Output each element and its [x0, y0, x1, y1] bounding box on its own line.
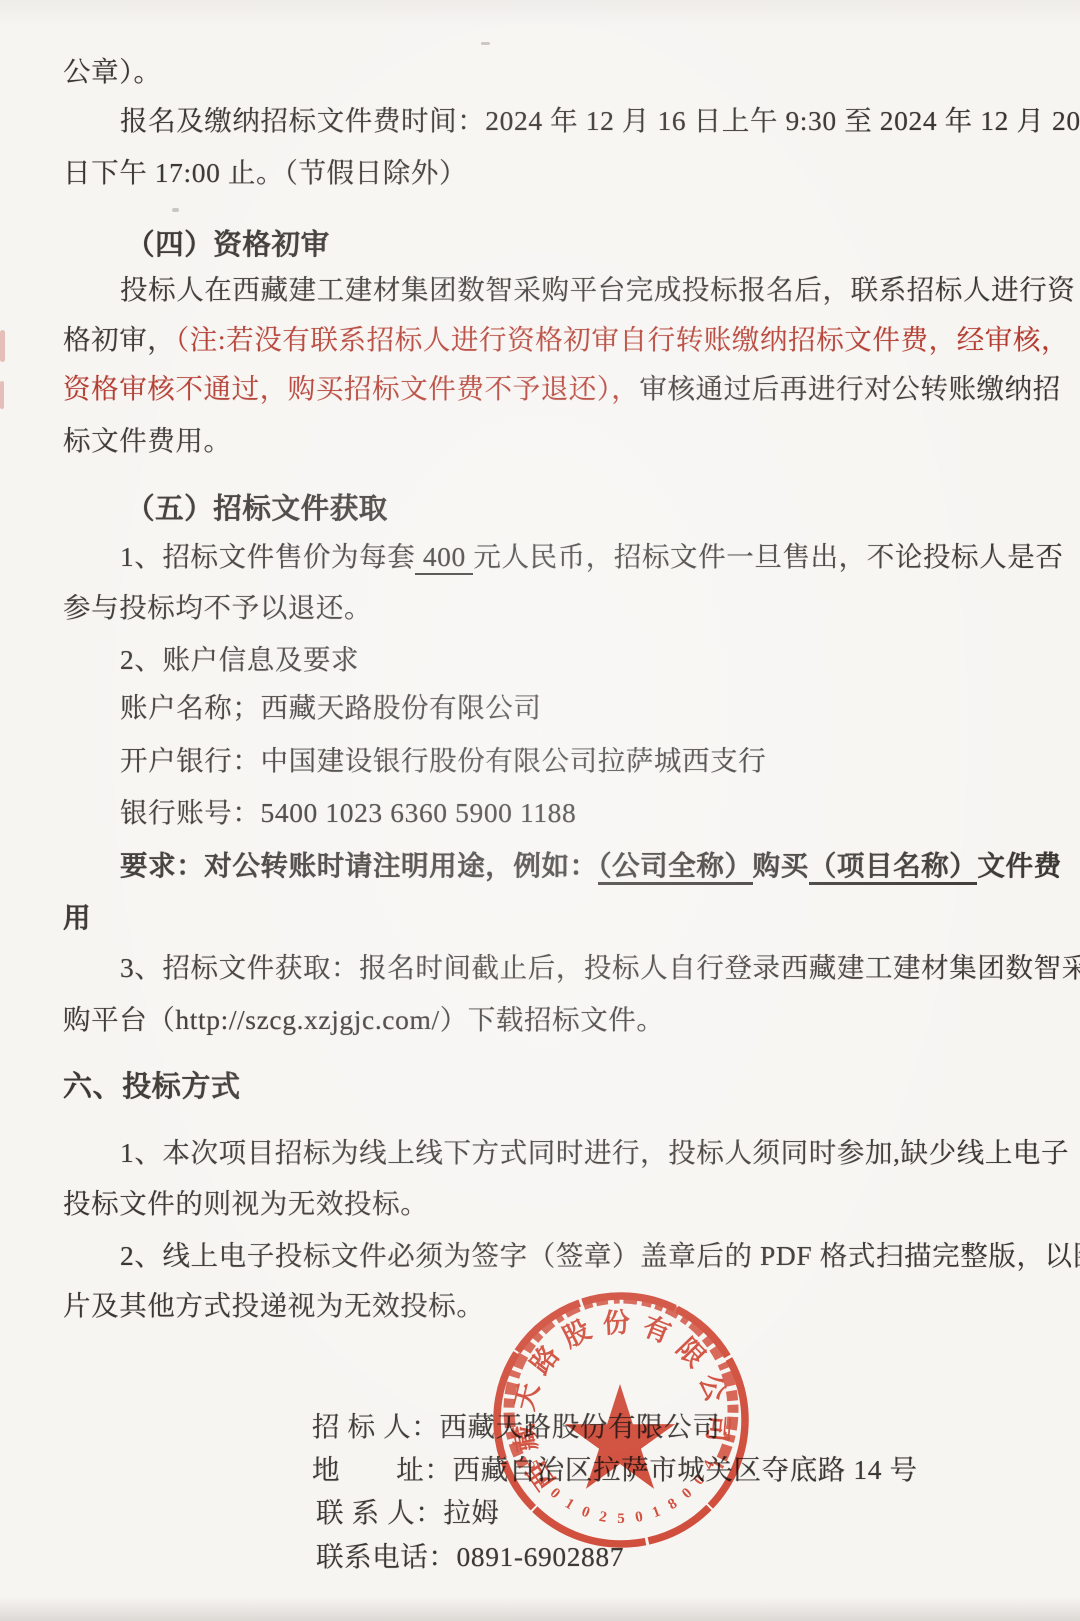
text-segment: 账户名称；西藏天路股份有限公司 [120, 692, 542, 723]
scan-artifact [481, 42, 490, 45]
star-icon [565, 1384, 675, 1489]
text-segment: 日下午 17:00 止。（节假日除外） [63, 157, 467, 188]
text-segment: 片及其他方式投递视为无效投标。 [63, 1290, 485, 1321]
text-segment: 投标文件的则视为无效投标。 [63, 1188, 428, 1219]
seal-character: 2 [598, 1509, 608, 1526]
text-segment: 资格审核不通过，购买招标文件费不予退还）， [63, 373, 639, 404]
seal-character: 司 [702, 1414, 734, 1444]
seal-character: 5 [617, 1511, 625, 1527]
text-line: 2、线上电子投标文件必须为签字（签章）盖章后的 PDF 格式扫描完整版，以图 [120, 1239, 1080, 1272]
text-segment: 报名及缴纳招标文件费时间：2024 年 12 月 16 日上午 9:30 至 2… [120, 105, 1080, 136]
text-segment: 开户银行：中国建设银行股份有限公司拉萨城西支行 [120, 745, 766, 776]
text-line: 日下午 17:00 止。（节假日除外） [63, 156, 467, 189]
text-line: （四）资格初审 [126, 229, 330, 263]
text-line: 参与投标均不予以退还。 [63, 591, 372, 624]
scan-artifact [0, 330, 5, 362]
text-segment: 银行账号：5400 1023 6360 5900 1188 [120, 797, 576, 828]
text-line: 账户名称；西藏天路股份有限公司 [120, 691, 542, 724]
text-line: 1、招标文件售价为每套 400 元人民币，招标文件一旦售出，不论投标人是否 [120, 540, 1063, 573]
text-segment: 1、本次项目招标为线上线下方式同时进行，投标人须同时参加,缺少线上电子 [120, 1137, 1069, 1168]
text-line: 2、账户信息及要求 [120, 643, 359, 676]
text-line: 六、投标方式 [63, 1070, 241, 1105]
text-segment: 用 [63, 902, 91, 933]
seal-character: 1 [562, 1496, 577, 1514]
text-segment: 400 [415, 541, 473, 575]
scan-artifact [172, 208, 179, 212]
text-line: 报名及缴纳招标文件费时间：2024 年 12 月 16 日上午 9:30 至 2… [120, 104, 1080, 137]
text-line: 标文件费用。 [63, 424, 232, 457]
text-segment: （项目名称） [809, 850, 978, 885]
text-segment: 投标人在西藏建工建材集团数智采购平台完成投标报名后，联系招标人进行资 [120, 274, 1075, 305]
text-segment: 文件费 [977, 850, 1061, 881]
text-segment: 1、招标文件售价为每套 [120, 541, 415, 572]
scan-artifact [0, 381, 4, 409]
seal-character: 份 [602, 1307, 630, 1338]
text-segment: 3、招标文件获取：报名时间截止后，投标人自行登录西藏建工建材集团数智采 [120, 952, 1080, 983]
seal-character: 天 [509, 1380, 545, 1413]
text-segment: 联 系 人：拉姆 [316, 1497, 500, 1528]
seal-character: 0 [579, 1504, 592, 1522]
text-line: （五）招标文件获取 [126, 493, 388, 527]
text-segment: （公司全称） [598, 850, 753, 885]
text-line: 1、本次项目招标为线上线下方式同时进行，投标人须同时参加,缺少线上电子 [120, 1136, 1069, 1169]
text-segment: 2、线上电子投标文件必须为签字（签章）盖章后的 PDF 格式扫描完整版，以图 [120, 1240, 1080, 1271]
seal-character: 8 [665, 1496, 680, 1514]
text-segment: （五）招标文件获取 [126, 494, 388, 525]
text-line: 联 系 人：拉姆 [316, 1496, 500, 1529]
text-segment: 2、账户信息及要求 [120, 644, 359, 675]
text-segment: 六、投标方式 [63, 1071, 241, 1103]
text-line: 开户银行：中国建设银行股份有限公司拉萨城西支行 [120, 744, 766, 777]
seal-character: 1 [650, 1504, 663, 1522]
text-line: 格初审，（注:若没有联系招标人进行资格初审自行转账缴纳招标文件费，经审核， [63, 323, 1069, 356]
text-line: 片及其他方式投递视为无效投标。 [63, 1289, 485, 1322]
text-segment: 购买 [753, 850, 809, 881]
document-page: 公章）。报名及缴纳招标文件费时间：2024 年 12 月 16 日上午 9:30… [0, 0, 1080, 1621]
text-segment: 参与投标均不予以退还。 [63, 592, 372, 623]
text-segment: 公章）。 [63, 56, 162, 87]
seal-character: 0 [679, 1485, 695, 1502]
text-segment: 元人民币，招标文件一旦售出，不论投标人是否 [473, 541, 1063, 572]
text-segment: 购平台（http://szcg.xzjgjc.com/）下载招标文件。 [63, 1004, 665, 1035]
text-line: 要求：对公转账时请注明用途，例如：（公司全称）购买（项目名称）文件费 [120, 849, 1062, 882]
text-segment: 审核通过后再进行对公转账缴纳招 [639, 373, 1061, 404]
text-segment: （四）资格初审 [126, 230, 330, 261]
text-segment: 要求：对公转账时请注明用途，例如： [120, 850, 598, 881]
text-segment: 格初审， [63, 324, 175, 355]
text-line: 资格审核不通过，购买招标文件费不予退还），审核通过后再进行对公转账缴纳招 [63, 372, 1061, 405]
text-line: 用 [63, 901, 91, 934]
seal-character: 0 [691, 1472, 708, 1488]
seal-character: 有 [639, 1311, 675, 1349]
seal-character: 4 [700, 1458, 718, 1472]
seal-character: 0 [634, 1509, 644, 1526]
text-line: 购平台（http://szcg.xzjgjc.com/）下载招标文件。 [63, 1003, 665, 1036]
seal-character: 藏 [508, 1422, 542, 1454]
text-line: 3、招标文件获取：报名时间截止后，投标人自行登录西藏建工建材集团数智采 [120, 951, 1080, 984]
text-line: 公章）。 [63, 55, 162, 88]
text-segment: （注:若没有联系招标人进行资格初审自行转账缴纳招标文件费，经审核， [175, 324, 1069, 355]
text-line: 投标文件的则视为无效投标。 [63, 1187, 428, 1220]
company-seal: 西藏天路股份有限公司 5401025018004 [481, 1290, 761, 1570]
text-segment: 标文件费用。 [63, 425, 232, 456]
text-line: 银行账号：5400 1023 6360 5900 1188 [120, 796, 576, 829]
text-line: 投标人在西藏建工建材集团数智采购平台完成投标报名后，联系招标人进行资 [120, 273, 1075, 306]
